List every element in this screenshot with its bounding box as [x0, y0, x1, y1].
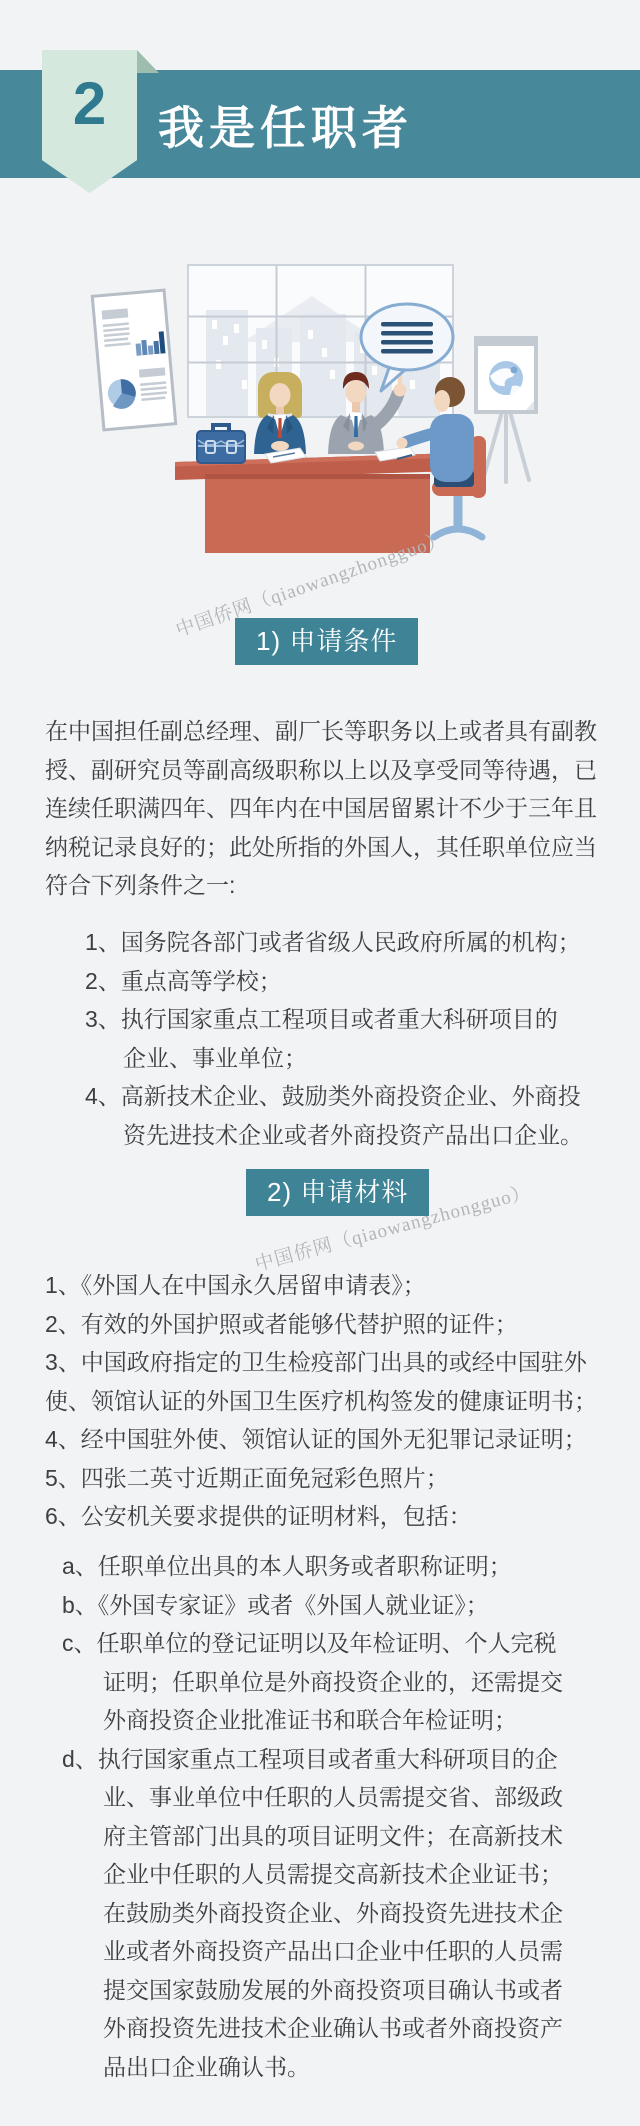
text-line: 资先进技术企业或者外商投资产品出口企业。: [0, 1116, 640, 1155]
text-line: 5、四张二英寸近期正面免冠彩色照片；: [0, 1459, 640, 1498]
text-line: 品出口企业确认书。: [0, 2048, 640, 2087]
text-line: 府主管部门出具的项目证明文件；在高新技术: [0, 1817, 640, 1856]
conditions-list: 1、国务院各部门或者省级人民政府所属的机构；2、重点高等学校；3、执行国家重点工…: [0, 923, 640, 1154]
text-line: 企业中任职的人员需提交高新技术企业证书；: [0, 1855, 640, 1894]
text-line: 3、执行国家重点工程项目或者重大科研项目的: [0, 1000, 640, 1039]
text-line: 证明；任职单位是外商投资企业的，还需提交: [0, 1663, 640, 1702]
text-line: 业、事业单位中任职的人员需提交省、部级政: [0, 1778, 640, 1817]
section2-banner: 2) 申请材料: [246, 1169, 429, 1216]
chart-board: [92, 290, 175, 430]
text-line: 4、高新技术企业、鼓励类外商投资企业、外商投: [0, 1077, 640, 1116]
text-line: c、任职单位的登记证明以及年检证明、个人完税: [0, 1624, 640, 1663]
materials-sublist: a、任职单位出具的本人职务或者职称证明；b、《外国专家证》或者《外国人就业证》；…: [0, 1547, 640, 2086]
text-line: 业或者外商投资产品出口企业中任职的人员需: [0, 1932, 640, 1971]
text-line: 6、公安机关要求提供的证明材料，包括：: [0, 1497, 640, 1536]
text-line: 连续任职满四年、四年内在中国居留累计不少于三年且: [0, 789, 640, 828]
page-title: 我是任职者: [158, 92, 458, 158]
text-line: 提交国家鼓励发展的外商投资项目确认书或者: [0, 1971, 640, 2010]
section-number: 2: [73, 50, 106, 134]
text-line: a、任职单位出具的本人职务或者职称证明；: [0, 1547, 640, 1586]
globe-icon: [489, 361, 523, 395]
text-line: d、执行国家重点工程项目或者重大科研项目的企: [0, 1740, 640, 1779]
page: 我是任职者 2: [0, 0, 640, 2126]
section1-banner: 1) 申请条件: [235, 618, 418, 665]
text-line: 3、中国政府指定的卫生检疫部门出具的或经中国驻外: [0, 1343, 640, 1382]
materials-list: 1、《外国人在中国永久居留申请表》；2、有效的外国护照或者能够代替护照的证件；3…: [0, 1266, 640, 1536]
text-line: 外商投资企业批准证书和联合年检证明；: [0, 1701, 640, 1740]
text-line: 1、《外国人在中国永久居留申请表》；: [0, 1266, 640, 1305]
text-line: 2、重点高等学校；: [0, 962, 640, 1001]
text-line: 纳税记录良好的；此处所指的外国人，其任职单位应当: [0, 828, 640, 867]
ribbon-fold: [137, 50, 159, 73]
interviewer-woman: [254, 372, 306, 454]
text-line: 在中国担任副总经理、副厂长等职务以上或者具有副教: [0, 712, 640, 751]
text-line: 企业、事业单位；: [0, 1039, 640, 1078]
text-line: 2、有效的外国护照或者能够代替护照的证件；: [0, 1305, 640, 1344]
text-line: 授、副研究员等副高级职称以上以及享受同等待遇，已: [0, 751, 640, 790]
text-line: 使、领馆认证的外国卫生医疗机构签发的健康证明书；: [0, 1382, 640, 1421]
conditions-intro: 在中国担任副总经理、副厂长等职务以上或者具有副教授、副研究员等副高级职称以上以及…: [0, 712, 640, 905]
text-line: 在鼓励类外商投资企业、外商投资先进技术企: [0, 1894, 640, 1933]
interview-illustration: [60, 240, 580, 570]
text-line: 外商投资先进技术企业确认书或者外商投资产: [0, 2009, 640, 2048]
text-line: 4、经中国驻外使、领馆认证的国外无犯罪记录证明；: [0, 1420, 640, 1459]
text-line: 符合下列条件之一:: [0, 866, 640, 905]
text-line: 1、国务院各部门或者省级人民政府所属的机构；: [0, 923, 640, 962]
text-line: b、《外国专家证》或者《外国人就业证》；: [0, 1586, 640, 1625]
briefcase: [197, 425, 245, 463]
